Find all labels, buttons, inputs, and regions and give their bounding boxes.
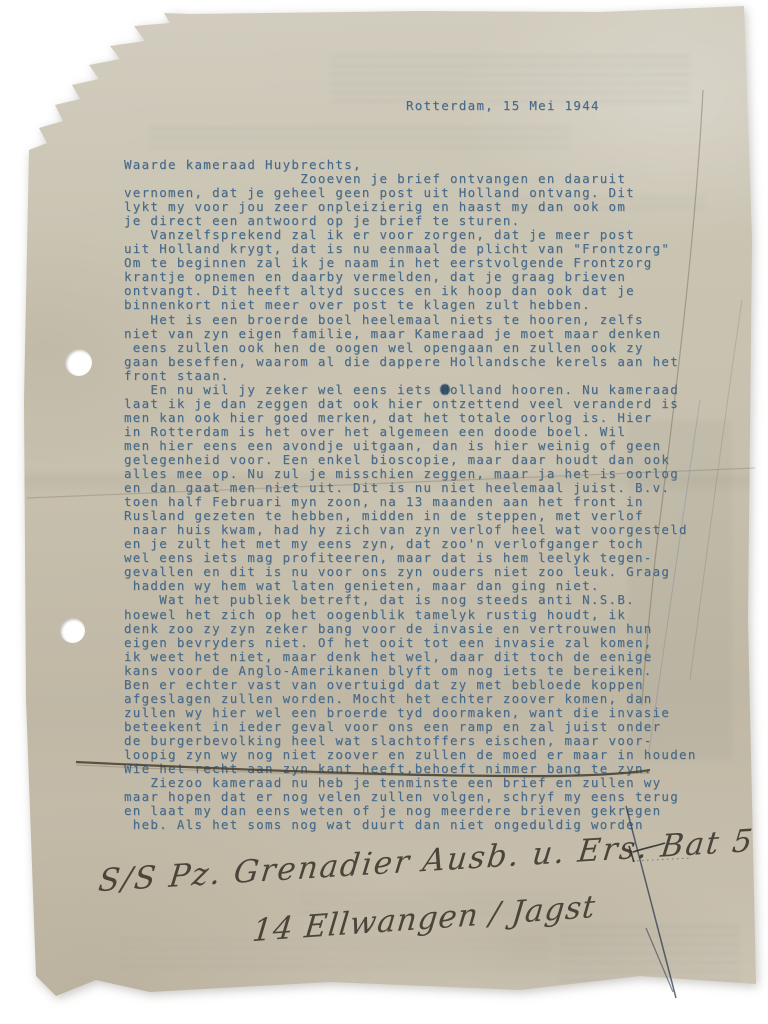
typed-line: Rusland gezeten te hebben, midden in de … [124, 509, 697, 523]
typed-line: en je zult het met my eens zyn, dat zoo'… [124, 537, 697, 551]
typed-line: hoewel het zich op het oogenblik tamelyk… [124, 608, 697, 622]
typed-line: denk zoo zy zyn zeker bang voor de invas… [124, 622, 697, 636]
typed-line: gevallen en dit is nu voor ons zyn ouder… [124, 565, 697, 579]
typed-line: eigen bevryders niet. Of het ooit tot ee… [124, 636, 697, 650]
typed-line: gelegenheid voor. Een enkel bioscopie, m… [124, 453, 697, 467]
typed-line: kans voor de Anglo-Amerikanen blyft om n… [124, 664, 697, 678]
typed-line: Vanzelfsprekend zal ik er voor zorgen, d… [124, 228, 697, 242]
typed-line: uit Holland krygt, dat is nu eenmaal de … [124, 242, 697, 256]
punch-hole-bottom [60, 618, 85, 643]
typed-line: men kan ook hier goed merken, dat het to… [124, 411, 697, 425]
typed-line: heb. Als het soms nog wat duurt dan niet… [124, 818, 697, 832]
scan-background: Rotterdam, 15 Mei 1944 Waarde kameraad H… [0, 0, 768, 1024]
typed-line: toen half Februari myn zoon, na 13 maand… [124, 495, 697, 509]
typed-line: loopig zyn wy nog niet zoover en zullen … [124, 748, 697, 762]
typed-line: niet van zyn eigen familie, maar Kameraa… [124, 327, 697, 341]
typed-line: front staan. [124, 369, 697, 383]
date-line: Rotterdam, 15 Mei 1944 [406, 98, 600, 113]
typed-line: ontvangt. Dit heeft altyd succes en ik h… [124, 284, 697, 298]
typed-line: beteekent in ieder geval voor ons een ra… [124, 720, 697, 734]
typed-line: Wie het recht aan zyn kant heeft,behoeft… [124, 762, 697, 776]
typed-line: krantje opnemen en daarby vermelden, dat… [124, 270, 697, 284]
typed-line: Ziezoo kameraad nu heb je tenminste een … [124, 776, 697, 790]
typed-line: Om te beginnen zal ik je naam in het eer… [124, 256, 697, 270]
typed-line: En nu wil jy zeker wel eens iets Holland… [124, 383, 697, 397]
typed-line: je direct een antwoord op je brief te st… [124, 214, 697, 228]
typed-line: wel eens iets mag profiteeren, maar dat … [124, 551, 697, 565]
typed-line: vernomen, dat je geheel geen post uit Ho… [124, 186, 697, 200]
typed-line: in Rotterdam is het over het algemeen ee… [124, 425, 697, 439]
ink-blot [440, 384, 450, 395]
typed-line: binnenkort niet meer over post te klagen… [124, 298, 697, 312]
letter-body: Waarde kameraad Huybrechts, Zooeven je b… [124, 158, 697, 832]
typed-line: de burgerbevolking heel wat slachtoffers… [124, 734, 697, 748]
typed-line: gaan beseffen, waarom al die dappere Hol… [124, 355, 697, 369]
bleedthrough-smudge [560, 925, 740, 983]
typed-line: maar hopen dat er nog velen zullen volge… [124, 790, 697, 804]
typed-line: lykt my voor jou zeer onpleizierig en ha… [124, 200, 697, 214]
typed-line: Ben er echter vast van overtuigd dat zy … [124, 678, 697, 692]
typed-line: eens zullen ook hen de oogen wel opengaa… [124, 341, 697, 355]
typed-line: men hier eens een avondje uitgaan, dan i… [124, 439, 697, 453]
typed-line: naar huis kwam, had hy zich van zyn verl… [124, 523, 697, 537]
punch-hole-top [65, 349, 92, 376]
typed-line: en laat my dan eens weten of je nog meer… [124, 804, 697, 818]
typed-line: zullen wy hier wel een broerde tyd doorm… [124, 706, 697, 720]
typed-line: laat ik je dan zeggen dat ook hier ontze… [124, 397, 697, 411]
typed-line: en dan gaat men niet uit. Dit is nu niet… [124, 481, 697, 495]
typed-line: Het is een broerde boel heelemaal niets … [124, 313, 697, 327]
typed-line: Zooeven je brief ontvangen en daaruit [124, 172, 697, 186]
typed-line: hadden wy hem wat laten genieten, maar d… [124, 579, 697, 593]
typed-line: Waarde kameraad Huybrechts, [124, 158, 697, 172]
typed-line: Wat het publiek betreft, dat is nog stee… [124, 593, 697, 607]
typed-line: afgeslagen zullen worden. Mocht het echt… [124, 692, 697, 706]
typed-line: ik weet het niet, maar denk het wel, daa… [124, 650, 697, 664]
typed-line: alles mee op. Nu zul je misschien zeggen… [124, 467, 697, 481]
bleedthrough-smudge [150, 127, 570, 154]
